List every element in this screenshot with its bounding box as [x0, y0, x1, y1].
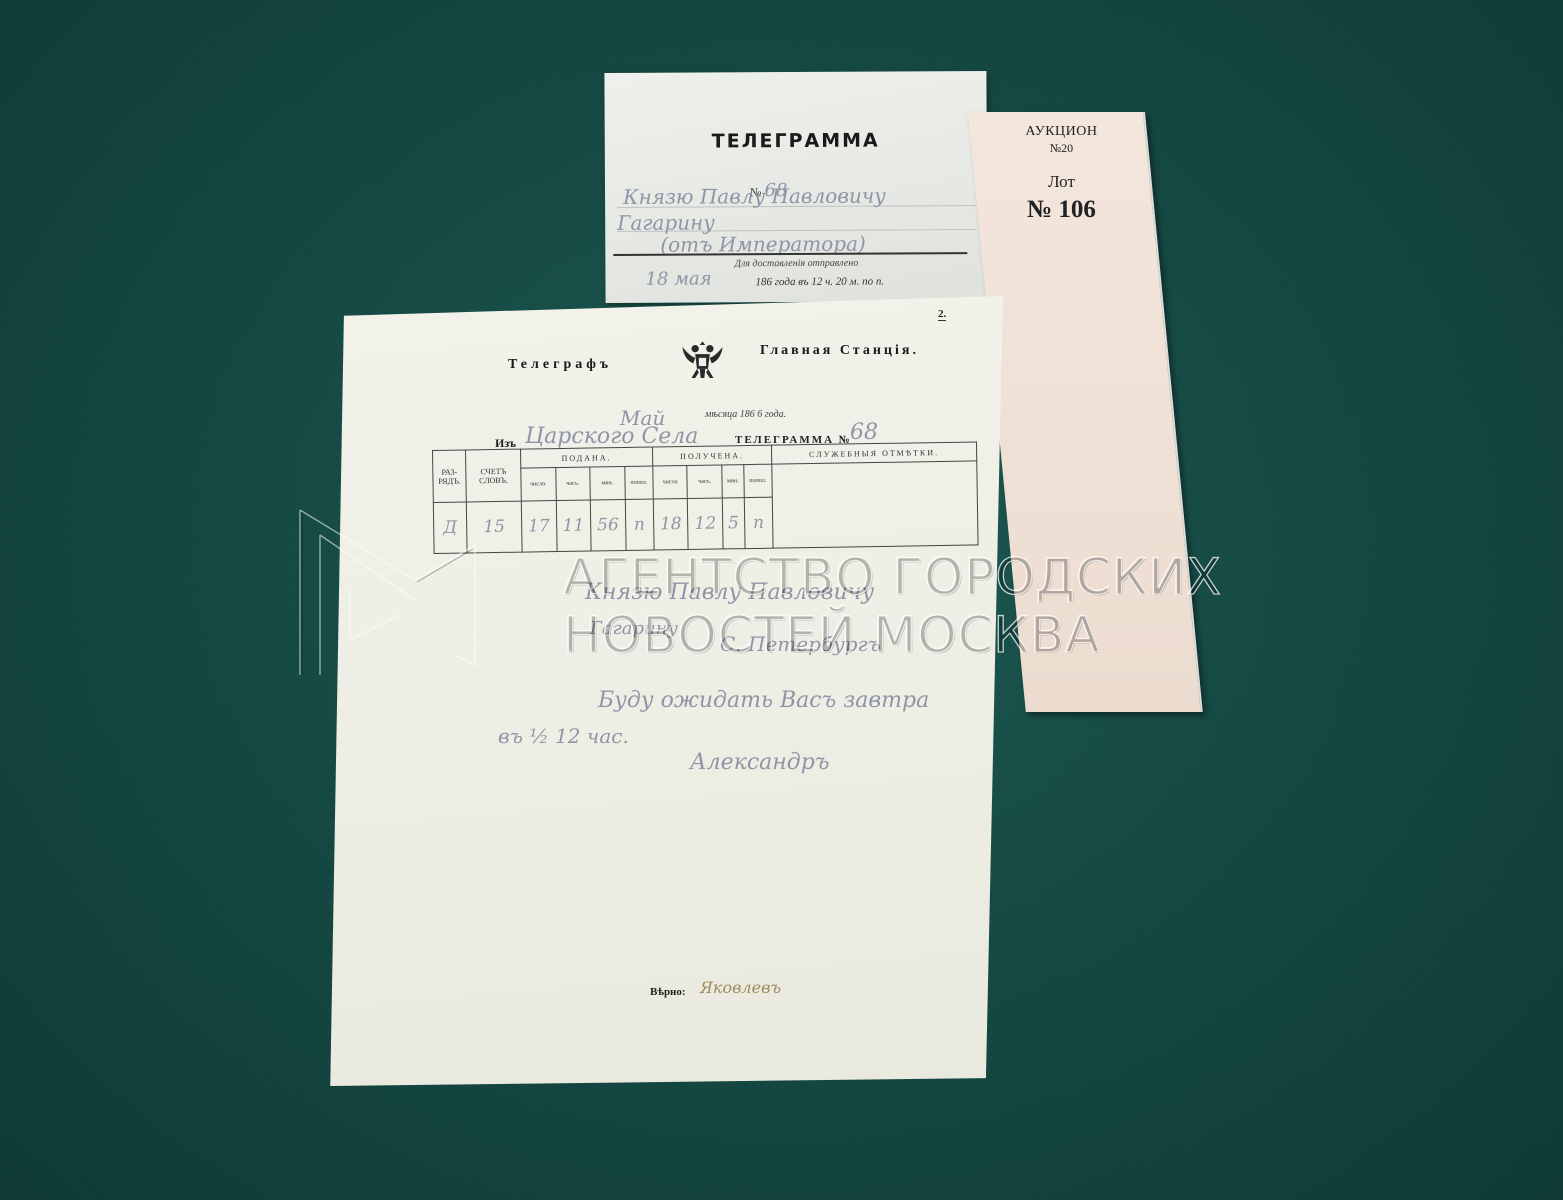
address-line-1: Князю Павлу Павловичу — [623, 184, 886, 209]
small-telegram-title: ТЕЛЕГРАММА — [605, 129, 987, 153]
telegraph-form: 2. Телеграфъ Главная Станція. Май мѣсяца… — [320, 296, 1003, 1086]
page-number: 2. — [938, 308, 946, 321]
auction-number: №20 — [974, 141, 1149, 156]
address-line-2: Гагарину — [617, 210, 715, 235]
telegram-table: РАЗ- РЯДЪ. СЧЕТЪ СЛОВЪ. ПОДАНА. ПОЛУЧЕНА… — [432, 441, 979, 554]
header-left: Телеграфъ — [508, 357, 612, 373]
verno-signature: Яковлевъ — [700, 978, 781, 997]
watermark-line-1: АГЕНТСТВО ГОРОДСКИХ — [563, 548, 1222, 606]
value-cell: 18 — [653, 498, 688, 550]
sub-col: число — [653, 465, 688, 499]
sub-col: часъ. — [687, 465, 722, 499]
value-cell: 11 — [556, 500, 591, 552]
message-line: въ ½ 12 час. — [498, 724, 629, 748]
group-poluchena: ПОЛУЧЕНА. — [652, 445, 771, 466]
small-telegram: ТЕЛЕГРАММА № 68 Князю Павлу Павловичу Га… — [604, 71, 987, 303]
agn-logo-watermark-icon — [290, 505, 490, 675]
service-cell — [772, 461, 978, 548]
value-cell: п — [744, 497, 773, 548]
col-razryad: РАЗ- РЯДЪ. — [433, 450, 467, 503]
telegram-number: 68 — [850, 420, 878, 445]
date-printed: 186 года въ 12 ч. 20 м. по п. — [755, 276, 884, 289]
value-cell: 12 — [688, 498, 723, 550]
sub-col: число. — [521, 468, 556, 502]
verno-label: Вѣрно: — [650, 986, 686, 998]
message-line: Буду ожидать Васъ завтра — [598, 688, 929, 713]
value-cell: 5 — [722, 498, 744, 549]
sub-col: часъ. — [555, 467, 590, 501]
lot-label: Лот — [974, 172, 1149, 192]
auction-label: АУКЦИОН — [974, 124, 1149, 140]
sub-col: мин. — [590, 466, 625, 500]
message-signature: Александръ — [690, 750, 829, 775]
value-cell: 56 — [590, 499, 625, 551]
col-schet: СЧЕТЪ СЛОВЪ. — [466, 449, 522, 502]
date-handwritten: 18 мая — [645, 268, 711, 289]
value-cell: 17 — [521, 501, 556, 553]
sub-col: мин. — [722, 465, 744, 498]
lot-number: № 106 — [974, 196, 1149, 224]
header-right: Главная Станція. — [760, 343, 919, 359]
watermark-line-2: НОВОСТЕЙ МОСКВА — [563, 606, 1100, 664]
value-cell: п — [625, 499, 654, 550]
sub-col: попол. — [624, 466, 653, 499]
month-printed: мѣсяца 186 6 года. — [705, 409, 786, 420]
sub-col: попол. — [743, 464, 772, 497]
double-headed-eagle-icon — [675, 334, 730, 389]
group-podana: ПОДАНА. — [520, 447, 652, 468]
